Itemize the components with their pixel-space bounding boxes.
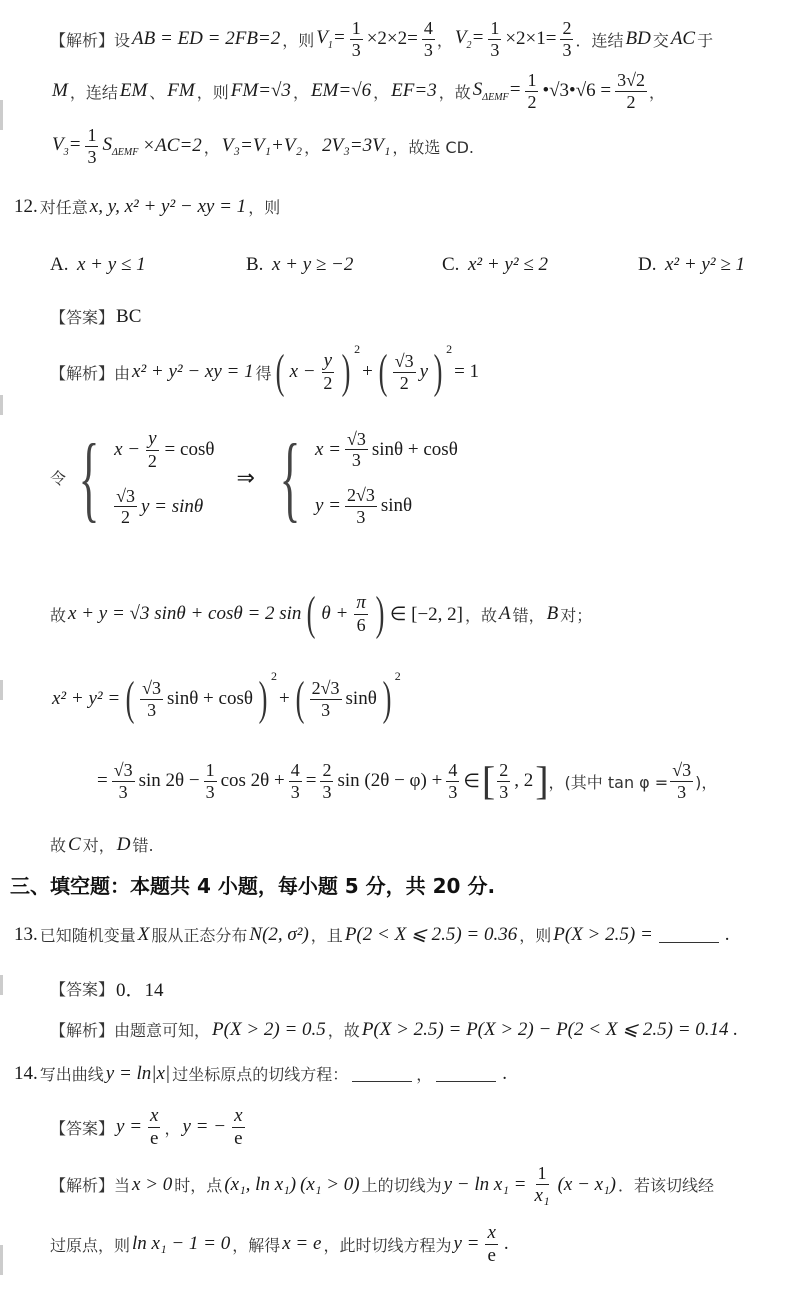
text: 故 (50, 833, 66, 856)
fraction: 43 (422, 18, 435, 60)
math-expr: sin (2θ − φ) + (337, 770, 442, 792)
fraction: 3√22 (615, 70, 647, 112)
math-expr: sinθ + cosθ (167, 688, 253, 710)
math-eq: EF=3 (391, 80, 437, 102)
q12-option-d[interactable]: D. x² + y² ≥ 1 (636, 254, 747, 276)
question-number: 14. (14, 1063, 38, 1085)
fraction: xe (146, 1105, 162, 1150)
q14-answer: 【答案】 y = xe ， y = − xe (50, 1105, 249, 1150)
question-number: 13. (14, 924, 38, 946)
text: 时，点 (174, 1173, 222, 1196)
q12-substitution-system: 令 { x −y2= cosθ √32y = sinθ ⇒ { x =√33si… (50, 428, 460, 528)
text: 对任意 (40, 195, 88, 218)
text: ， (204, 135, 220, 158)
text: 故 (50, 603, 66, 626)
math-expr: (x₁, ln x₁) (224, 1174, 296, 1196)
right-paren: ) (382, 675, 391, 723)
exponent: 2 (446, 342, 452, 357)
math-eq: y = ln|x| (106, 1063, 170, 1085)
text: ，且 (311, 923, 343, 946)
right-paren: ) (375, 590, 384, 638)
text: ，解得 (232, 1233, 280, 1256)
text: . (502, 1063, 507, 1085)
text: ， (304, 135, 320, 158)
right-paren: ) (342, 348, 351, 396)
fraction: 2√33 (310, 678, 342, 720)
math-eq: x > 0 (132, 1174, 172, 1196)
answer-label: 【答案】 (50, 1116, 114, 1139)
fraction: 13 (204, 760, 217, 802)
text: ， (164, 1116, 180, 1139)
text: ，故 (328, 1018, 360, 1041)
fraction: √33 (140, 678, 163, 720)
q12-analysis-sum: 故 x + y = √3 sinθ + cosθ = 2 sin ( θ + π… (50, 590, 592, 638)
element-of: ∈ (463, 770, 480, 793)
option-expr: x + y ≥ −2 (272, 254, 353, 276)
math-eq: 2V₃=3V₁ (322, 135, 390, 157)
exponent: 2 (395, 669, 401, 684)
math-var: AC (671, 28, 695, 50)
math-eq: P(X > 2.5) = (553, 924, 653, 946)
fraction: 23 (560, 18, 573, 60)
scan-margin-mark (0, 100, 3, 130)
text: 由题意可知， (114, 1018, 210, 1041)
math-var: FM (167, 80, 194, 102)
math-eq: x = e (282, 1233, 321, 1255)
math-expr: (x − x₁) (558, 1174, 616, 1196)
text: ，故选 CD. (392, 135, 474, 158)
text: 当 (114, 1173, 130, 1196)
q12-analysis-expand: = √33 sin 2θ − 13 cos 2θ + 43 = 23 sin (… (95, 760, 717, 802)
math-eq: x² + y² = (52, 688, 120, 710)
left-paren: ( (307, 590, 316, 638)
math-eq: y = (116, 1116, 142, 1138)
fraction: 43 (446, 760, 459, 802)
equals: = (97, 770, 108, 792)
scan-margin-mark (0, 1245, 3, 1275)
math-expr: sin 2θ − (139, 770, 200, 792)
math-eq: ×AC=2 (142, 135, 201, 157)
math-eq: = 1 (454, 361, 479, 383)
exponent: 2 (271, 669, 277, 684)
math-eq: FM=√3 (231, 80, 291, 102)
q12-option-b[interactable]: B. x + y ≥ −2 (244, 254, 355, 276)
implies-arrow: ⇒ (236, 465, 254, 491)
fraction: 13 (85, 125, 98, 167)
fraction: √33 (670, 760, 693, 802)
math-eq: x, y, x² + y² − xy = 1 (90, 196, 246, 218)
answer-blank-2[interactable] (436, 1065, 496, 1082)
left-bracket: [ (482, 761, 495, 801)
math-var: θ + (321, 603, 348, 625)
left-brace: { (79, 430, 100, 526)
system-1: x −y2= cosθ √32y = sinθ (112, 428, 216, 528)
fraction: 1x₁ (531, 1163, 554, 1207)
fraction: 43 (289, 760, 302, 802)
answer-blank-1[interactable] (352, 1065, 412, 1082)
math-expr: •√3•√6 = (542, 80, 611, 102)
math-expr: ×2×1= (505, 28, 556, 50)
fraction: √32 (393, 351, 416, 393)
equals: = (306, 770, 317, 792)
text: 已知随机变量 (40, 923, 136, 946)
q11-analysis-line-2: M ，连结 EM 、 FM ，则 FM=√3 ， EM=√6 ， EF=3 ，故… (50, 70, 665, 112)
left-paren: ( (378, 348, 387, 396)
math-eq: x + y = √3 sinθ + cosθ = 2 sin (68, 603, 301, 625)
math-eq: x² + y² − xy = 1 (132, 361, 254, 383)
fraction: 12 (525, 70, 538, 112)
text: 过原点，则 (50, 1233, 130, 1256)
q12-analysis-line-1: 【解析】 由 x² + y² − xy = 1 得 ( x − y2 ) 2 +… (50, 348, 481, 396)
v1: V1= (316, 27, 345, 51)
math-expr: cos 2θ + (221, 770, 285, 792)
math-var: M (52, 80, 68, 102)
math-var: y (420, 361, 428, 383)
text: 过坐标原点的切线方程： (172, 1062, 348, 1085)
analysis-label: 【解析】 (50, 28, 114, 51)
v3: V3= (52, 134, 81, 158)
text: . (504, 1233, 509, 1255)
analysis-label: 【解析】 (50, 1018, 114, 1041)
answer-label: 【答案】 (50, 305, 114, 328)
text: 错， (513, 603, 545, 626)
answer-label: 【答案】 (50, 977, 114, 1000)
fraction: xe (483, 1222, 499, 1267)
option-expr: x + y ≤ 1 (77, 254, 146, 276)
text: . (725, 924, 730, 946)
option-label: D. (638, 254, 656, 276)
left-brace: { (280, 430, 301, 526)
text: ，则 (519, 923, 551, 946)
text: 错. (132, 833, 153, 856)
fraction: y2 (320, 350, 336, 394)
math-eq: P(X > 2) = 0.5 (212, 1019, 326, 1041)
text: ， (416, 1062, 432, 1085)
fraction: π6 (352, 592, 370, 636)
text: 、 (149, 80, 165, 103)
text: ， (649, 80, 665, 103)
text: 交 (653, 28, 669, 51)
math-eq: EM=√6 (311, 80, 371, 102)
math-eq: y − ln x₁ = (444, 1174, 527, 1196)
q12-option-c[interactable]: C. x² + y² ≤ 2 (440, 254, 550, 276)
math-eq: P(X > 2.5) = P(X > 2) − P(2 < X ⩽ 2.5) =… (362, 1018, 738, 1041)
text: ，故 (465, 603, 497, 626)
math-eq: ln x₁ − 1 = 0 (132, 1233, 230, 1255)
math-var: D (117, 834, 131, 856)
right-paren: ) (259, 675, 268, 723)
text: 设 (114, 28, 130, 51)
scan-margin-mark (0, 975, 3, 995)
q12-stem: 12. 对任意 x, y, x² + y² − xy = 1 ，则 (12, 195, 280, 218)
text: ，此时切线方程为 (323, 1233, 451, 1256)
text: ，则 (197, 80, 229, 103)
q13-analysis: 【解析】 由题意可知， P(X > 2) = 0.5 ，故 P(X > 2.5)… (50, 1018, 740, 1041)
plus: + (279, 688, 290, 710)
text: 由 (114, 361, 130, 384)
math-eq: V₃=V₁+V₂ (222, 135, 302, 157)
text: 对， (83, 833, 115, 856)
math-eq: AB = ED = 2FB=2 (132, 28, 280, 50)
math-var: X (138, 924, 150, 946)
math-var: BD (625, 28, 650, 50)
right-paren: ) (434, 348, 443, 396)
question-number: 12. (14, 196, 38, 218)
right-bracket: ] (535, 761, 548, 801)
option-label: C. (442, 254, 459, 276)
q14-stem: 14. 写出曲线 y = ln|x| 过坐标原点的切线方程： ， . (12, 1062, 509, 1085)
option-expr: x² + y² ≤ 2 (468, 254, 548, 276)
scan-margin-mark (0, 680, 3, 700)
text: 得 (256, 361, 272, 384)
text: 上的切线为 (362, 1173, 442, 1196)
fraction: √33 (112, 760, 135, 802)
math-expr: N(2, σ²) (249, 924, 308, 946)
text: ， (373, 80, 389, 103)
section-heading: 三、填空题：本题共 4 小题，每小题 5 分，共 20 分. (10, 870, 495, 899)
fraction: 23 (320, 760, 333, 802)
math-expr: ×2×2= (367, 28, 418, 50)
answer-value: 0．14 (116, 975, 164, 1002)
text: 令 (50, 466, 66, 489)
math-range: ∈ [−2, 2] (390, 603, 463, 626)
text: ，故 (439, 80, 471, 103)
section-title: 三、填空题：本题共 4 小题，每小题 5 分，共 20 分. (10, 870, 495, 899)
left-paren: ( (295, 675, 304, 723)
text: ，则 (248, 195, 280, 218)
math-eq: y = − (182, 1116, 226, 1138)
exponent: 2 (354, 342, 360, 357)
math-var: B (547, 603, 559, 625)
system-2: x =√33sinθ + cosθ y =2√33sinθ (313, 429, 460, 528)
math-expr: , 2 (514, 770, 533, 792)
left-paren: ( (126, 675, 135, 723)
text: 于 (697, 28, 713, 51)
math-expr: (x₁ > 0) (300, 1174, 360, 1196)
q12-conclusion: 故 C 对， D 错. (50, 833, 154, 856)
text: ，连结 (70, 80, 118, 103)
scan-margin-mark (0, 395, 3, 415)
text: 服从正态分布 (151, 923, 247, 946)
q13-stem: 13. 已知随机变量 X 服从正态分布 N(2, σ²) ，且 P(2 < X … (12, 923, 732, 946)
fraction: 23 (497, 760, 510, 802)
plus: + (362, 361, 373, 383)
text: ．若该切线经 (618, 1173, 714, 1196)
v2: V2= (455, 27, 484, 51)
math-var: C (68, 834, 81, 856)
text: ．连结 (575, 28, 623, 51)
text: 写出曲线 (40, 1062, 104, 1085)
math-expr: sinθ (346, 688, 377, 710)
option-label: A. (50, 254, 68, 276)
fraction: 13 (488, 18, 501, 60)
q14-analysis-line-1: 【解析】 当 x > 0 时，点 (x₁, ln x₁) (x₁ > 0) 上的… (50, 1163, 714, 1207)
q13-answer: 【答案】 0．14 (50, 975, 166, 1002)
text: ， (293, 80, 309, 103)
math-var: x − (290, 361, 316, 383)
q12-analysis-square: x² + y² = ( √33 sinθ + cosθ ) 2 + ( 2√33… (50, 675, 401, 723)
area-s: SΔEMF= (473, 79, 522, 103)
fraction: 13 (350, 18, 363, 60)
math-eq: P(2 < X ⩽ 2.5) = 0.36 (345, 923, 517, 946)
left-paren: ( (275, 348, 284, 396)
text: ，则 (282, 28, 314, 51)
math-var: EM (120, 80, 147, 102)
text: ， (437, 28, 453, 51)
option-label: B. (246, 254, 263, 276)
math-var: A (499, 603, 511, 625)
fraction: xe (230, 1105, 246, 1150)
text: ，(其中 tan φ = (549, 770, 669, 793)
q11-analysis-line-1: 【解析】 设 AB = ED = 2FB=2 ，则 V1= 13 ×2×2= 4… (50, 18, 713, 60)
q12-answer: 【答案】 BC (50, 305, 143, 328)
q11-analysis-line-3: V3= 13 SΔEMF ×AC=2 ， V₃=V₁+V₂ ， 2V₃=3V₁ … (50, 125, 474, 167)
math-eq: y = (453, 1233, 479, 1255)
area-s: SΔEMF (102, 134, 138, 158)
answer-value: BC (116, 306, 141, 328)
q12-option-a[interactable]: A. x + y ≤ 1 (48, 254, 148, 276)
answer-blank[interactable] (659, 926, 719, 943)
text: )， (695, 770, 717, 793)
text: 对； (560, 603, 592, 626)
option-expr: x² + y² ≥ 1 (665, 254, 745, 276)
analysis-label: 【解析】 (50, 361, 114, 384)
q14-analysis-line-2: 过原点，则 ln x₁ − 1 = 0 ，解得 x = e ，此时切线方程为 y… (50, 1222, 511, 1267)
analysis-label: 【解析】 (50, 1173, 114, 1196)
